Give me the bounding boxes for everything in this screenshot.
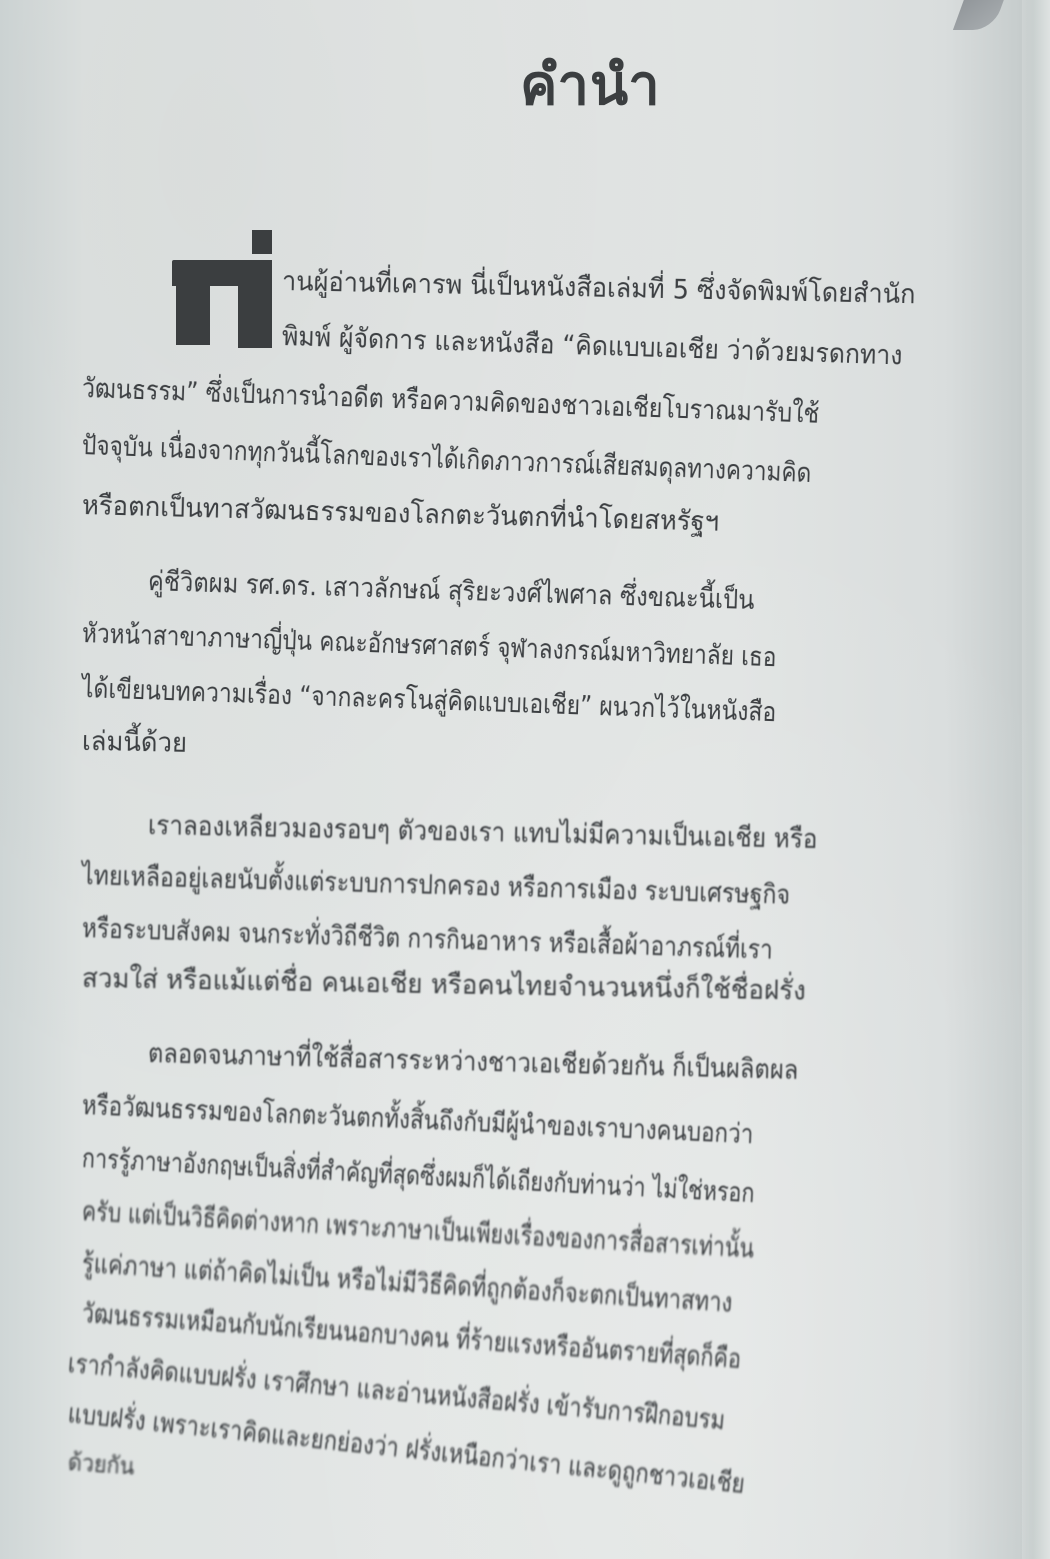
text-line: เล่มนี้ด้วย xyxy=(82,728,187,757)
text-line: เราลองเหลียวมองรอบๆ ตัวของเรา แทบไม่มีคว… xyxy=(148,812,818,853)
dropcap-stem-left xyxy=(176,260,210,345)
text-line: ด้วยกัน xyxy=(67,1450,135,1479)
text-line: หัวหน้าสาขาภาษาญี่ปุ่น คณะอักษรศาสตร์ จุ… xyxy=(82,620,777,671)
text-line: หรือตกเป็นทาสวัฒนธรรมของโลกตะวันตกที่นำโ… xyxy=(82,492,720,536)
text-line: หรือวัฒนธรรมของโลกตะวันตกทั้งสิ้นถึงกับม… xyxy=(81,1092,753,1148)
dropcap-tone-mark xyxy=(252,230,272,254)
text-line: การรู้ภาษาอังกฤษเป็นสิ่งที่สำคัญที่สุดซึ… xyxy=(81,1145,755,1207)
page-corner-fold xyxy=(953,0,1011,30)
text-line: คู่ชีวิตผม รศ.ดร. เสาวลักษณ์ สุริยะวงศ์ไ… xyxy=(148,568,755,614)
page-title: คำนำ xyxy=(520,40,661,129)
text-line: ปัจจุบัน เนื่องจากทุกวันนี้โลกของเราได้เ… xyxy=(81,432,811,487)
text-line: ครับ แต่เป็นวิธีคิดต่างหาก เพราะภาษาเป็น… xyxy=(81,1198,755,1263)
text-line: ไทยเหลืออยู่เลยนับตั้งแต่ระบบการปกครอง ห… xyxy=(82,862,791,909)
text-line: ตลอดจนภาษาที่ใช้สื่อสารระหว่างชาวเอเชียด… xyxy=(148,1040,799,1084)
dropcap-letter xyxy=(172,225,272,351)
page-edge xyxy=(1022,0,1050,1559)
text-line: หรือระบบสังคม จนกระทั่งวิถีชีวิต การกินอ… xyxy=(82,915,774,964)
text-line: พิมพ์ ผู้จัดการ และหนังสือ “คิดแบบเอเชีย… xyxy=(282,323,903,369)
text-line: สวมใส่ หรือแม้แต่ชื่อ คนเอเชีย หรือคนไทย… xyxy=(82,965,806,1005)
text-line: วัฒนธรรม” ซึ่งเป็นการนำอดีต หรือความคิดข… xyxy=(82,375,820,428)
text-line: ได้เขียนบทความเรื่อง “จากละครโนสู่คิดแบบ… xyxy=(82,675,777,726)
text-line: านผู้อ่านที่เคารพ นี่เป็นหนังสือเล่มที่ … xyxy=(282,268,916,308)
dropcap-stem-right xyxy=(238,260,272,348)
